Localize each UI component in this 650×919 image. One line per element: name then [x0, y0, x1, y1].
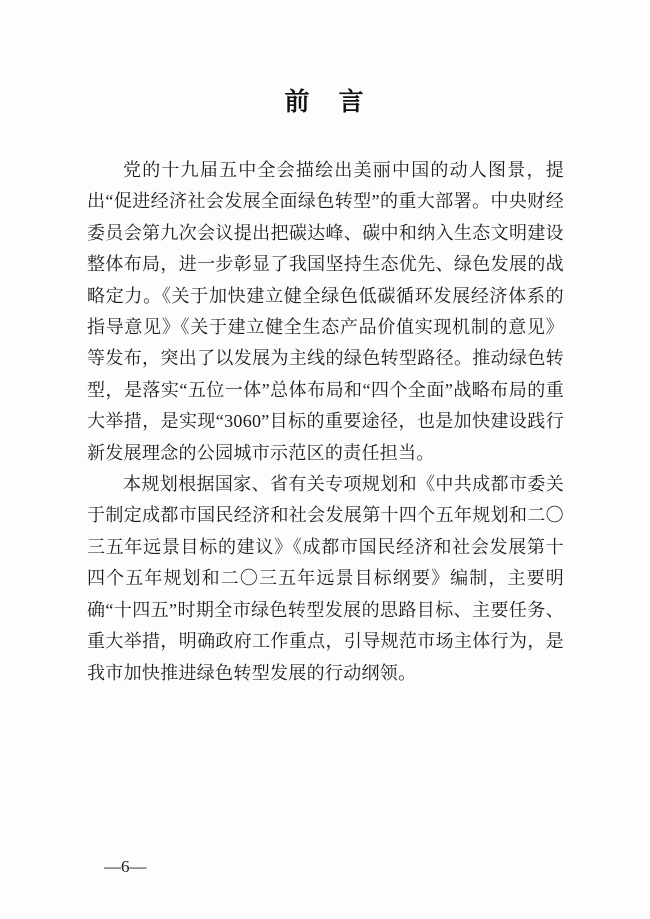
page-number: —6— — [104, 857, 147, 877]
paragraph-2: 本规划根据国家、省有关专项规划和《中共成都市委关于制定成都市国民经济和社会发展第… — [87, 469, 564, 689]
document-page: 前 言 党的十九届五中全会描绘出美丽中国的动人图景，提出“促进经济社会发展全面绿… — [0, 0, 650, 919]
document-body: 党的十九届五中全会描绘出美丽中国的动人图景，提出“促进经济社会发展全面绿色转型”… — [87, 155, 564, 689]
page-title: 前 言 — [0, 82, 650, 118]
paragraph-1: 党的十九届五中全会描绘出美丽中国的动人图景，提出“促进经济社会发展全面绿色转型”… — [87, 155, 564, 469]
